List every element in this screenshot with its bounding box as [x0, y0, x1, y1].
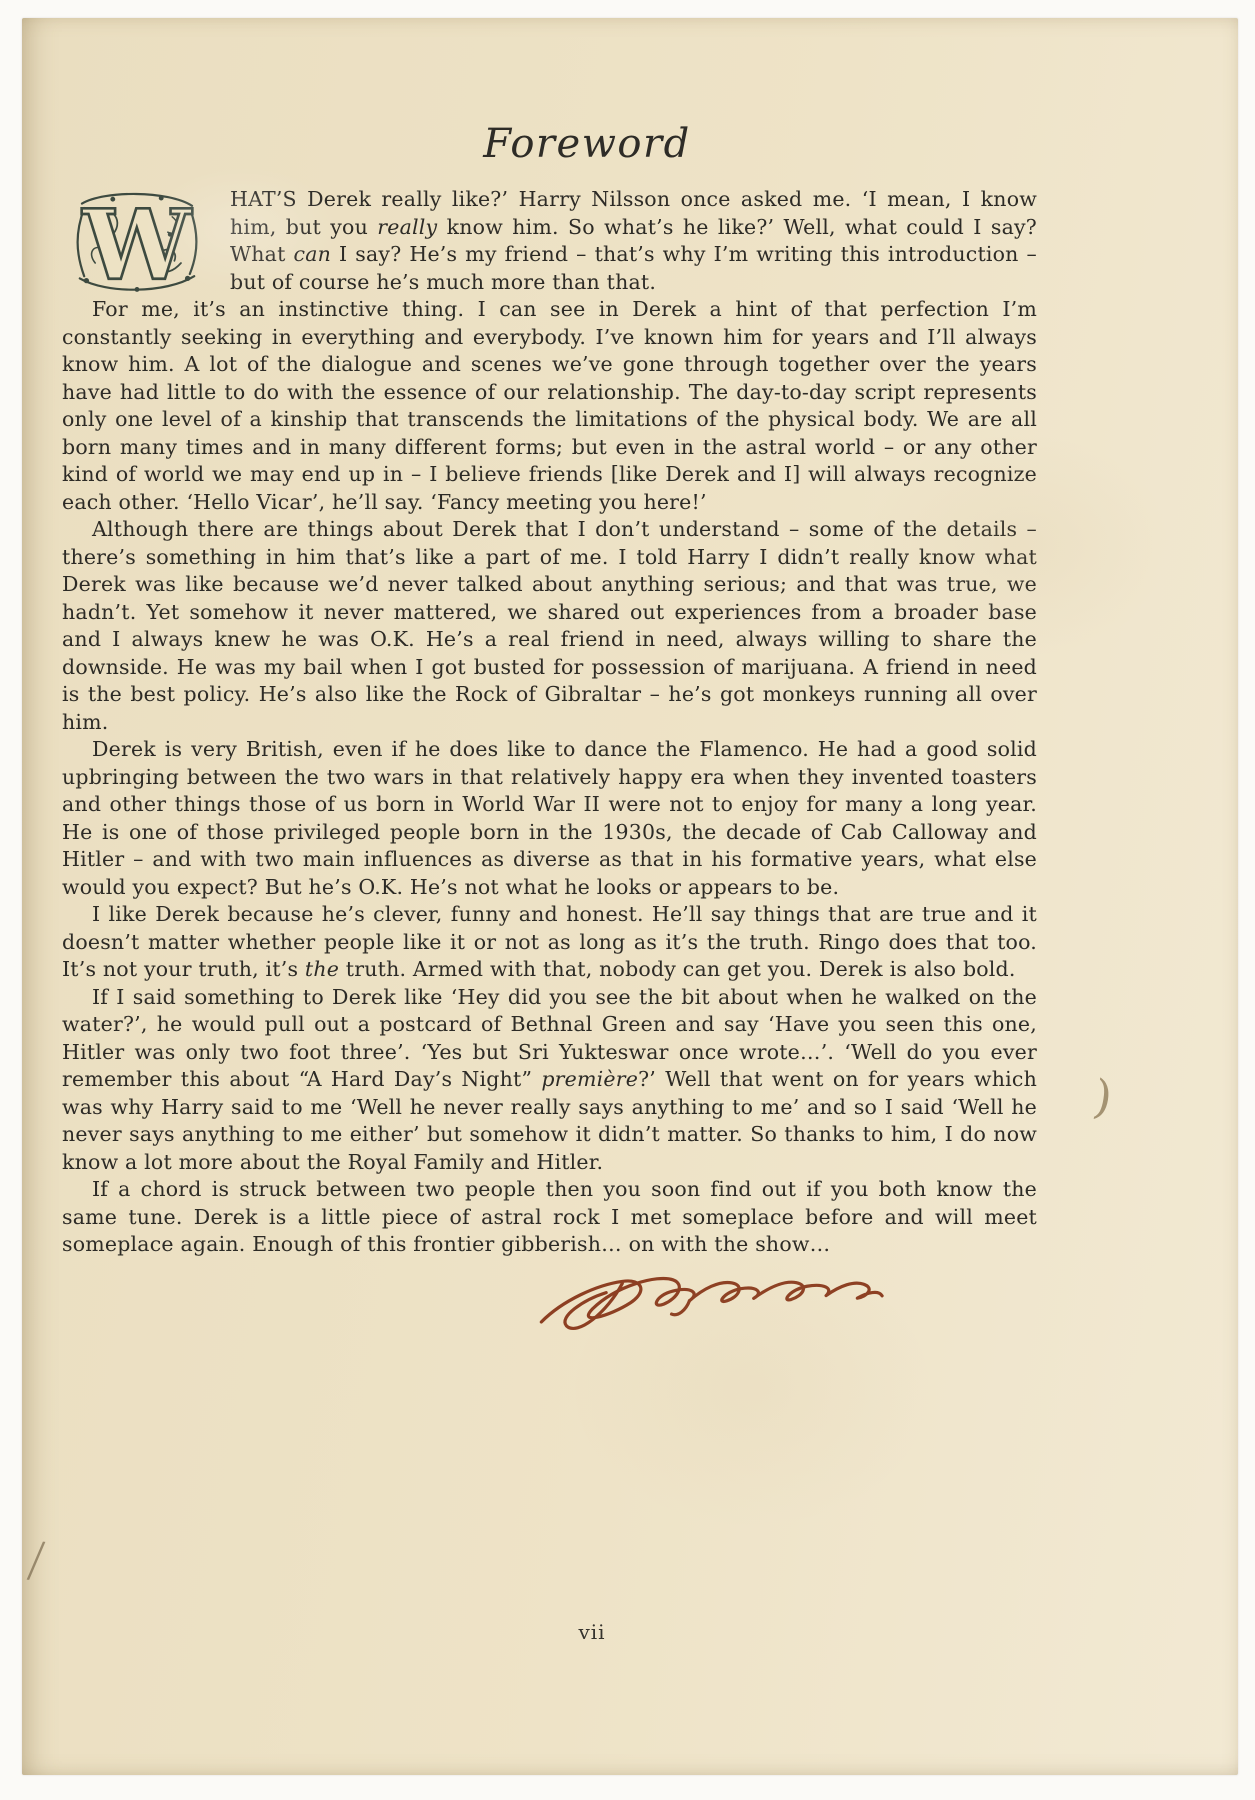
paragraph-text: Although there are things about Derek th…	[62, 517, 1037, 734]
page-title: Foreword	[22, 120, 1152, 168]
foreword-text: W HAT’S Derek really like?’ Harry Nilsso…	[62, 186, 1037, 1259]
foreword-paragraph-3: Although there are things about Derek th…	[62, 516, 1037, 736]
page-number: vii	[22, 1620, 1162, 1644]
drop-cap-letter: W	[82, 187, 193, 296]
foreword-paragraph-4: Derek is very British, even if he does l…	[62, 736, 1037, 901]
signature-scrawl-icon	[532, 1237, 889, 1355]
pencil-mark-paren: )	[1091, 1073, 1116, 1121]
foreword-paragraph-2: For me, it’s an instinctive thing. I can…	[62, 296, 1037, 516]
foreword-paragraph-6: If I said something to Derek like ‘Hey d…	[62, 984, 1037, 1177]
foreword-paragraph-7: If a chord is struck between two people …	[62, 1176, 1037, 1259]
foreword-paragraph-1: W HAT’S Derek really like?’ Harry Nilsso…	[62, 186, 1037, 296]
paragraph-text: I like Derek because he’s clever, funny …	[62, 902, 1037, 981]
drop-cap-ornament: W	[62, 186, 218, 292]
paragraph-text: HAT’S Derek really like?’ Harry Nilsson …	[230, 187, 1037, 294]
paragraph-text: If a chord is struck between two people …	[62, 1177, 1037, 1256]
foreword-paragraph-5: I like Derek because he’s clever, funny …	[62, 901, 1037, 984]
paragraph-text: If I said something to Derek like ‘Hey d…	[62, 985, 1037, 1174]
paragraph-text: For me, it’s an instinctive thing. I can…	[62, 297, 1037, 514]
book-page: Foreword	[22, 18, 1238, 1775]
paragraph-text: Derek is very British, even if he does l…	[62, 737, 1037, 899]
drop-cap-w-icon: W	[62, 186, 212, 296]
george-harrison-signature	[532, 1237, 889, 1355]
pencil-mark-slash: /	[26, 1535, 47, 1584]
